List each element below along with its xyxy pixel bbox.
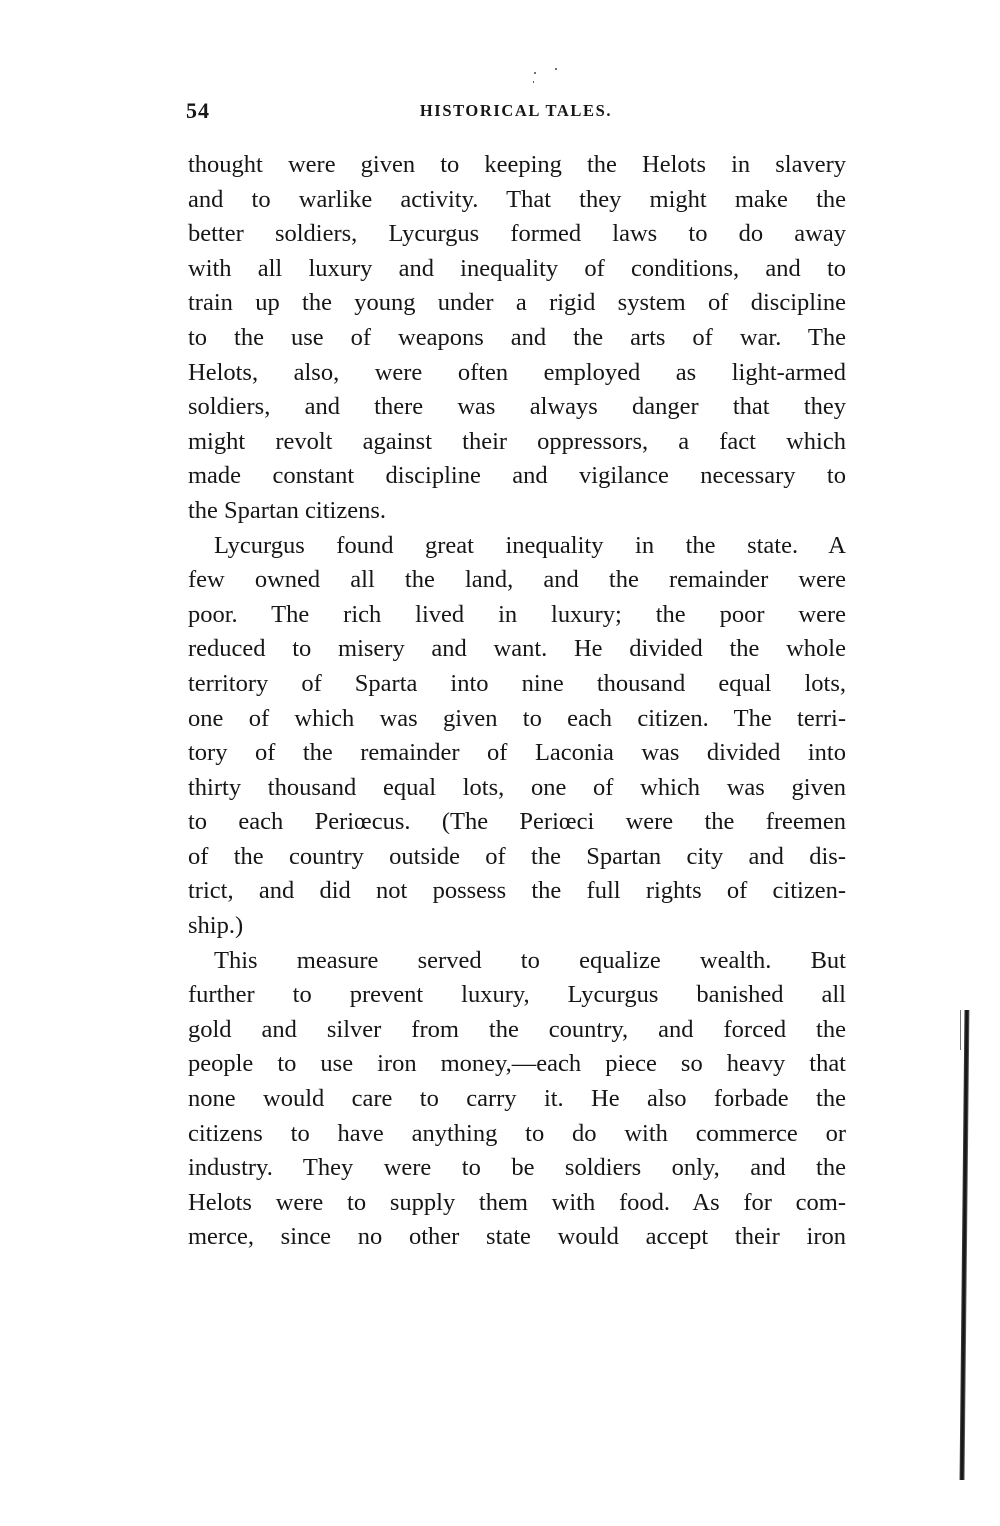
text-line: merce, since no other state would accept… [188,1220,846,1255]
text-line: soldiers, and there was always danger th… [188,390,846,425]
book-page: 54 HISTORICAL TALES. thought were given … [0,0,1000,1526]
text-line: to the use of weapons and the arts of wa… [188,321,846,356]
text-line: of the country outside of the Spartan ci… [188,840,846,875]
text-line: This measure served to equalize wealth. … [188,944,846,979]
text-line: reduced to misery and want. He divided t… [188,632,846,667]
text-line: with all luxury and inequality of condit… [188,252,846,287]
text-line: made constant discipline and vigilance n… [188,459,846,494]
scan-edge-line [960,1010,961,1050]
running-head: 54 HISTORICAL TALES. [186,98,846,132]
text-line: Lycurgus found great inequality in the s… [188,529,846,564]
paragraph-2: Lycurgus found great inequality in the s… [188,529,846,944]
text-line: the Spartan citizens. [188,494,846,529]
text-line: people to use iron money,—each piece so … [188,1047,846,1082]
text-line: few owned all the land, and the remainde… [188,563,846,598]
text-line: and to warlike activity. That they might… [188,183,846,218]
text-line: gold and silver from the country, and fo… [188,1013,846,1048]
scan-speck [555,68,557,70]
body-text: thought were given to keeping the Helots… [188,148,846,1255]
text-line: one of which was given to each citizen. … [188,702,846,737]
text-line: thirty thousand equal lots, one of which… [188,771,846,806]
text-line: poor. The rich lived in luxury; the poor… [188,598,846,633]
text-line: further to prevent luxury, Lycurgus bani… [188,978,846,1013]
text-line: better soldiers, Lycurgus formed laws to… [188,217,846,252]
scan-edge-shadow [960,1010,970,1480]
text-line: industry. They were to be soldiers only,… [188,1151,846,1186]
scan-speck [534,72,536,74]
text-line: thought were given to keeping the Helots… [188,148,846,183]
text-line: Helots, also, were often employed as lig… [188,356,846,391]
paragraph-1: thought were given to keeping the Helots… [188,148,846,529]
scan-speck [533,81,534,83]
text-line: ship.) [188,909,846,944]
text-line: none would care to carry it. He also for… [188,1082,846,1117]
paragraph-3: This measure served to equalize wealth. … [188,944,846,1255]
text-line: might revolt against their oppressors, a… [188,425,846,460]
text-line: territory of Sparta into nine thousand e… [188,667,846,702]
text-line: to each Periœcus. (The Periœci were the … [188,805,846,840]
text-line: trict, and did not possess the full righ… [188,874,846,909]
text-line: tory of the remainder of Laconia was div… [188,736,846,771]
text-line: Helots were to supply them with food. As… [188,1186,846,1221]
text-line: citizens to have anything to do with com… [188,1117,846,1152]
running-title: HISTORICAL TALES. [186,101,846,121]
text-line: train up the young under a rigid system … [188,286,846,321]
